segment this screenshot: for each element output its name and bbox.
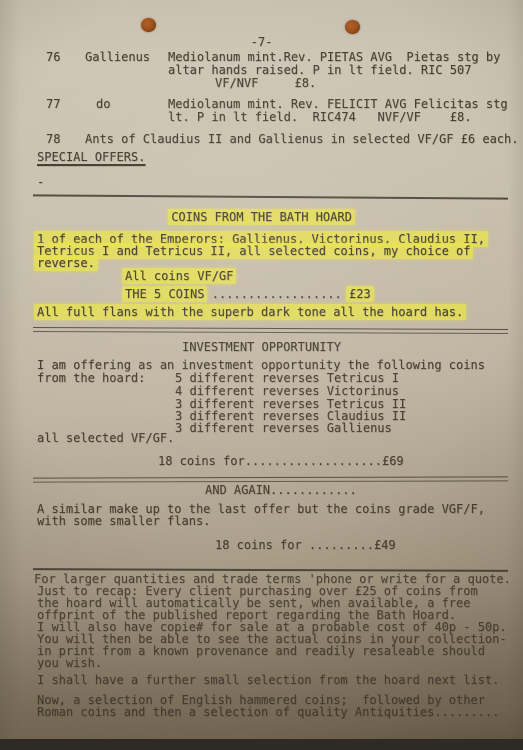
investment-intro-label: from the hoard: — [37, 372, 145, 385]
offer-price: £23 — [346, 286, 374, 302]
investment-price: 18 coins for...................£69 — [158, 455, 404, 468]
rust-stain-right — [345, 20, 360, 34]
investment-heading: INVESTMENT OPPORTUNITY — [0, 341, 523, 354]
photographed-typewritten-page: { "page": { "number": "-7-", "highlight_… — [0, 0, 523, 750]
highlighted-heading: COINS FROM THE BATH HOARD — [168, 209, 355, 225]
section-divider — [33, 194, 508, 199]
special-offers-heading: SPECIAL OFFERS. — [37, 151, 145, 164]
full-flans-note: All full flans with the superb dark tone… — [37, 306, 463, 319]
five-coins-offer: THE 5 COINS .................. £23 — [125, 288, 371, 301]
recap-paragraph: in print from a known provenance and rea… — [37, 645, 485, 658]
listing-number: 78 — [46, 133, 60, 146]
and-again-heading: AND AGAIN............ — [205, 484, 357, 497]
listing-description: Ants of Claudius II and Gallienus in sel… — [85, 133, 518, 146]
listing-number: 77 — [46, 98, 60, 111]
bath-hoard-heading: COINS FROM THE BATH HOARD — [0, 211, 523, 224]
section-divider — [33, 476, 508, 482]
page-number: -7- — [0, 36, 523, 49]
further-selection-note: I shall have a further small selection f… — [37, 674, 499, 687]
bath-hoard-paragraph: Tetricus I and Tetricus II, all selected… — [37, 245, 470, 258]
recap-paragraph: you wish. — [37, 657, 102, 670]
listing-grade-price: VF/NVF £8. — [215, 77, 316, 90]
bath-hoard-paragraph: reverse. — [37, 257, 95, 270]
and-again-price: 18 coins for .........£49 — [215, 539, 396, 552]
listing-number: 76 — [46, 51, 60, 64]
closing-paragraph: Roman coins and then a selection of qual… — [37, 706, 499, 719]
investment-footer: all selected VF/GF. — [37, 432, 174, 445]
investment-list-item: 3 different reverses Gallienus — [175, 422, 392, 435]
all-coins-grade: All coins VF/GF — [125, 270, 233, 283]
listing-emperor: do — [96, 98, 110, 111]
paper-sheet: -7- 76 Gallienus Mediolanum mint.Rev. PI… — [0, 0, 523, 739]
stray-dash: - — [37, 176, 44, 189]
and-again-paragraph: with some smaller flans. — [37, 515, 210, 528]
listing-description: lt. P in lt field. RIC474 NVF/VF £8. — [168, 111, 471, 124]
listing-description: altar hands raised. P in lt field. RIC 5… — [168, 64, 471, 77]
rust-stain-left — [141, 18, 156, 32]
dot-leader: .................. — [204, 287, 349, 301]
listing-emperor: Gallienus — [85, 51, 150, 64]
section-divider — [33, 327, 508, 334]
